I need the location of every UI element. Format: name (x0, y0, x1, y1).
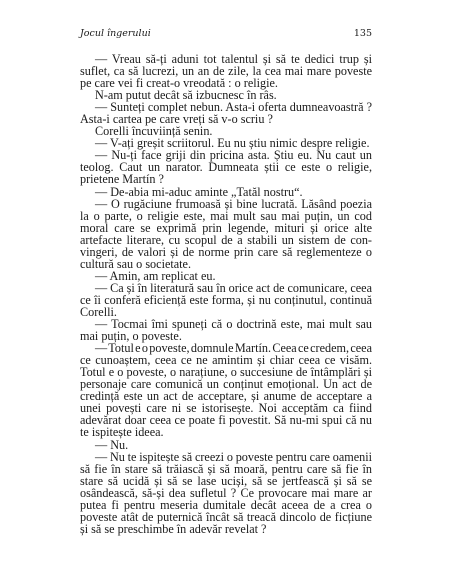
page-number: 135 (354, 28, 372, 39)
page-header: Jocul îngerului 135 (80, 28, 372, 42)
page-body-text: — Vreau să-ți aduni tot talentul și să t… (80, 53, 372, 535)
text-line: și să se preschimbe în adevăr revelat ? (80, 523, 372, 535)
running-title: Jocul îngerului (80, 28, 151, 39)
text-line: ce îi conferă eficiență este forma, și n… (80, 294, 372, 306)
text-line: vingeri, de valori și de norme prin care… (80, 246, 372, 258)
text-line: te ispitește ideea. (80, 426, 372, 438)
text-line: prietene Martín ? (80, 173, 372, 185)
